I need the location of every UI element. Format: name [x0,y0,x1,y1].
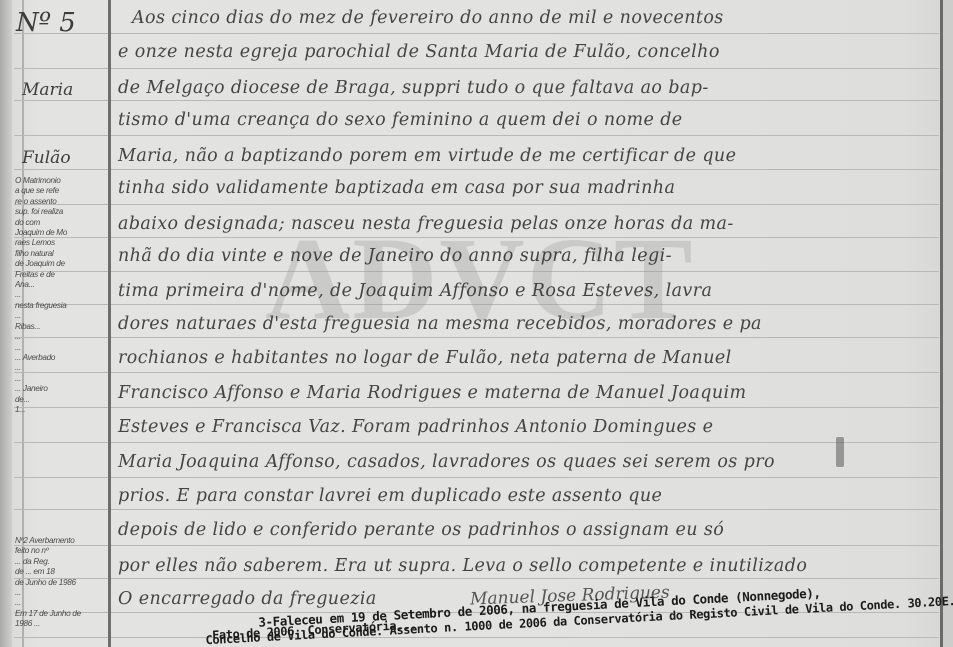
ruled-line [14,204,939,205]
ruled-line [14,545,939,546]
margin-place-name: Fulão [22,148,71,168]
margin-note-line: de Junho de 1986 [15,578,107,588]
margin-note-line: Ana... [15,280,107,290]
ruled-line [14,304,939,305]
margin-note-line: ... [15,374,107,384]
margin-note-line: 1... [15,405,107,415]
margin-note-line: ... [15,311,107,321]
margin-note-line: Nº2 Averbamento [15,536,107,546]
ink-blot [836,437,844,467]
ruled-line [14,33,939,34]
margin-note-line: ... [15,290,107,300]
margin-note-line: Ribas... [15,322,107,332]
page-right-edge [943,0,953,647]
margin-note-line: de ... em 18 [15,567,107,577]
body-line: tima primeira d'nome, de Joaquim Affonso… [118,281,940,301]
body-line: Aos cinco dias do mez de fevereiro do an… [132,8,953,28]
document-page: ADVCT Nº 5 Maria Fulão O Matrimonio a qu… [0,0,953,647]
body-line: por elles não saberem. Era ut supra. Lev… [118,556,940,576]
ruled-line [14,578,939,579]
ruled-line [14,442,939,443]
margin-note-marriage: O Matrimonio a que se refe re o assento … [15,176,107,476]
margin-note-line: feito no nº [15,546,107,556]
margin-note-line: Em 17 de Junho de [15,609,107,619]
margin-rule [108,0,111,647]
margin-note-line: ... [15,343,107,353]
body-line: Maria Joaquina Affonso, casados, lavrado… [118,452,940,472]
margin-note-line: ... [15,598,107,608]
margin-note-line: ... [15,588,107,598]
margin-note-line: ... Averbado [15,353,107,363]
body-line: Francisco Affonso e Maria Rodrigues e ma… [118,383,940,403]
body-line: depois de lido e conferido perante os pa… [118,520,940,540]
ruled-line [14,407,939,408]
margin-note-line: O Matrimonio [15,176,107,186]
ruled-line [14,169,939,170]
body-line: nhã do dia vinte e nove de Janeiro do an… [118,246,940,266]
margin-note-line: re o assento [15,197,107,207]
body-line: tismo d'uma creança do sexo feminino a q… [118,110,940,130]
margin-note-annotation: Nº2 Averbamento feito no nº ... da Reg. … [15,536,107,647]
margin-note-line: de... [15,395,107,405]
margin-child-name: Maria [22,80,73,100]
margin-note-line: do com [15,218,107,228]
body-line: dores naturaes d'esta freguesia na mesma… [118,314,940,334]
margin-note-line: ... Janeiro [15,384,107,394]
body-line: Esteves e Francisca Vaz. Foram padrinhos… [118,417,940,437]
ruled-line [14,100,939,101]
ruled-line [14,337,939,338]
margin-note-line: a que se refe [15,186,107,196]
margin-note-line: 1986 ... [15,619,107,629]
body-line: tinha sido validamente baptizada em casa… [118,178,940,198]
body-line: Maria, não a baptizando porem em virtude… [118,146,940,166]
margin-note-line: raes Lemos [15,238,107,248]
ruled-line [14,135,939,136]
body-line: abaixo designada; nasceu nesta freguesia… [118,214,940,234]
ruled-line [14,237,939,238]
ruled-line [14,68,939,69]
margin-note-line: ... [15,332,107,342]
margin-note-line: ... [15,363,107,373]
ruled-line [14,372,939,373]
page-left-edge [0,0,12,647]
ruled-line [14,637,939,638]
ruled-line [14,509,939,510]
body-line: rochianos e habitantes no logar de Fulão… [118,348,940,368]
ruled-line [14,477,939,478]
ruled-line [14,271,939,272]
margin-note-line: nesta freguesia [15,301,107,311]
body-line: de Melgaço diocese de Braga, suppri tudo… [118,78,940,98]
margin-note-line: ... da Reg. [15,557,107,567]
body-line: e onze nesta egreja parochial de Santa M… [118,42,940,62]
body-line: prios. E para constar lavrei em duplicad… [118,486,940,506]
margin-note-line: sup. foi realiza [15,207,107,217]
margin-note-line: filho natural [15,249,107,259]
entry-number: Nº 5 [16,8,76,38]
margin-note-line: Freitas e de [15,270,107,280]
margin-note-line: de Joaquim de [15,259,107,269]
margin-note-line: Joaquim de Mo [15,228,107,238]
